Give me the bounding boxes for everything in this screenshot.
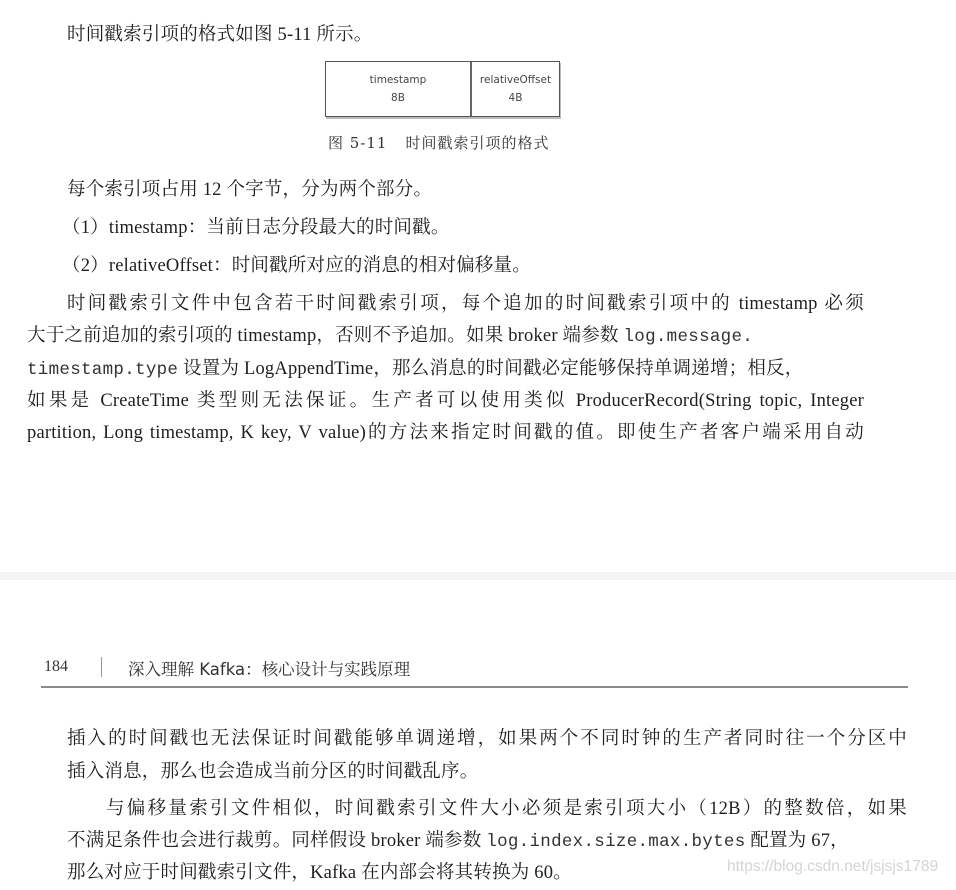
paragraph-line: timestamp.type 设置为 LogAppendTime，那么消息的时间… bbox=[27, 354, 803, 380]
paragraph-line: 与偏移量索引文件相似，时间戳索引文件大小必须是索引项大小（12B）的整数倍，如果 bbox=[106, 794, 907, 820]
text-span: 大于之前追加的索引项的 timestamp，否则不予追加。如果 broker 端… bbox=[27, 326, 623, 346]
paragraph-line: 时间戳索引文件中包含若干时间戳索引项，每个追加的时间戳索引项中的 timesta… bbox=[67, 289, 864, 315]
header-rule bbox=[41, 686, 908, 688]
list-item-relative-offset: （2）relativeOffset：时间戳所对应的消息的相对偏移量。 bbox=[62, 251, 531, 277]
figure-number: 图 5-11 bbox=[328, 134, 387, 152]
diagram-cell-timestamp: timestamp 8B bbox=[326, 62, 472, 116]
diagram-cell-relative-offset: relativeOffset 4B bbox=[472, 62, 559, 116]
page-top: 时间戳索引项的格式如图 5-11 所示。 timestamp 8B relati… bbox=[0, 0, 956, 572]
watermark: https://blog.csdn.net/jsjsjs1789 bbox=[727, 858, 938, 876]
header-divider bbox=[101, 657, 102, 677]
paragraph-line: 插入消息，那么也会造成当前分区的时间戳乱序。 bbox=[67, 757, 478, 783]
intro-text: 时间戳索引项的格式如图 5-11 所示。 bbox=[67, 20, 372, 46]
index-entry-format-diagram: timestamp 8B relativeOffset 4B bbox=[325, 61, 560, 117]
paragraph-line: 不满足条件也会进行裁剪。同样假设 broker 端参数 log.index.si… bbox=[67, 826, 849, 852]
cell-field-name: timestamp bbox=[370, 71, 427, 89]
config-key-code: log.message. bbox=[623, 327, 753, 347]
list-item-timestamp: （1）timestamp：当前日志分段最大的时间戳。 bbox=[62, 213, 450, 239]
cell-field-size: 4B bbox=[509, 89, 523, 107]
cell-field-size: 8B bbox=[391, 89, 405, 107]
book-title: 深入理解 Kafka：核心设计与实践原理 bbox=[128, 656, 410, 680]
config-key-code: timestamp.type bbox=[27, 360, 178, 380]
text-span: 不满足条件也会进行裁剪。同样假设 broker 端参数 bbox=[67, 831, 486, 851]
paragraph-line: partition, Long timestamp, K key, V valu… bbox=[27, 418, 864, 444]
text-span: 设置为 LogAppendTime，那么消息的时间戳必定能够保持单调递增；相反， bbox=[178, 359, 803, 379]
cell-field-name: relativeOffset bbox=[480, 71, 551, 89]
text-span: 配置为 67， bbox=[746, 831, 849, 851]
paragraph-line: 那么对应于时间戳索引文件，Kafka 在内部会将其转换为 60。 bbox=[67, 858, 572, 884]
config-key-code: log.index.size.max.bytes bbox=[486, 832, 745, 852]
figure-caption: 图 5-11时间戳索引项的格式 bbox=[328, 132, 549, 153]
paragraph-bytes: 每个索引项占用 12 个字节，分为两个部分。 bbox=[67, 175, 432, 201]
page-number: 184 bbox=[44, 658, 68, 676]
figure-caption-text: 时间戳索引项的格式 bbox=[405, 134, 549, 152]
paragraph-line: 大于之前追加的索引项的 timestamp，否则不予追加。如果 broker 端… bbox=[27, 321, 864, 347]
paragraph-line: 如果是 CreateTime 类型则无法保证。生产者可以使用类似 Produce… bbox=[27, 386, 864, 412]
paragraph-line: 插入的时间戳也无法保证时间戳能够单调递增，如果两个不同时钟的生产者同时往一个分区… bbox=[67, 724, 907, 750]
